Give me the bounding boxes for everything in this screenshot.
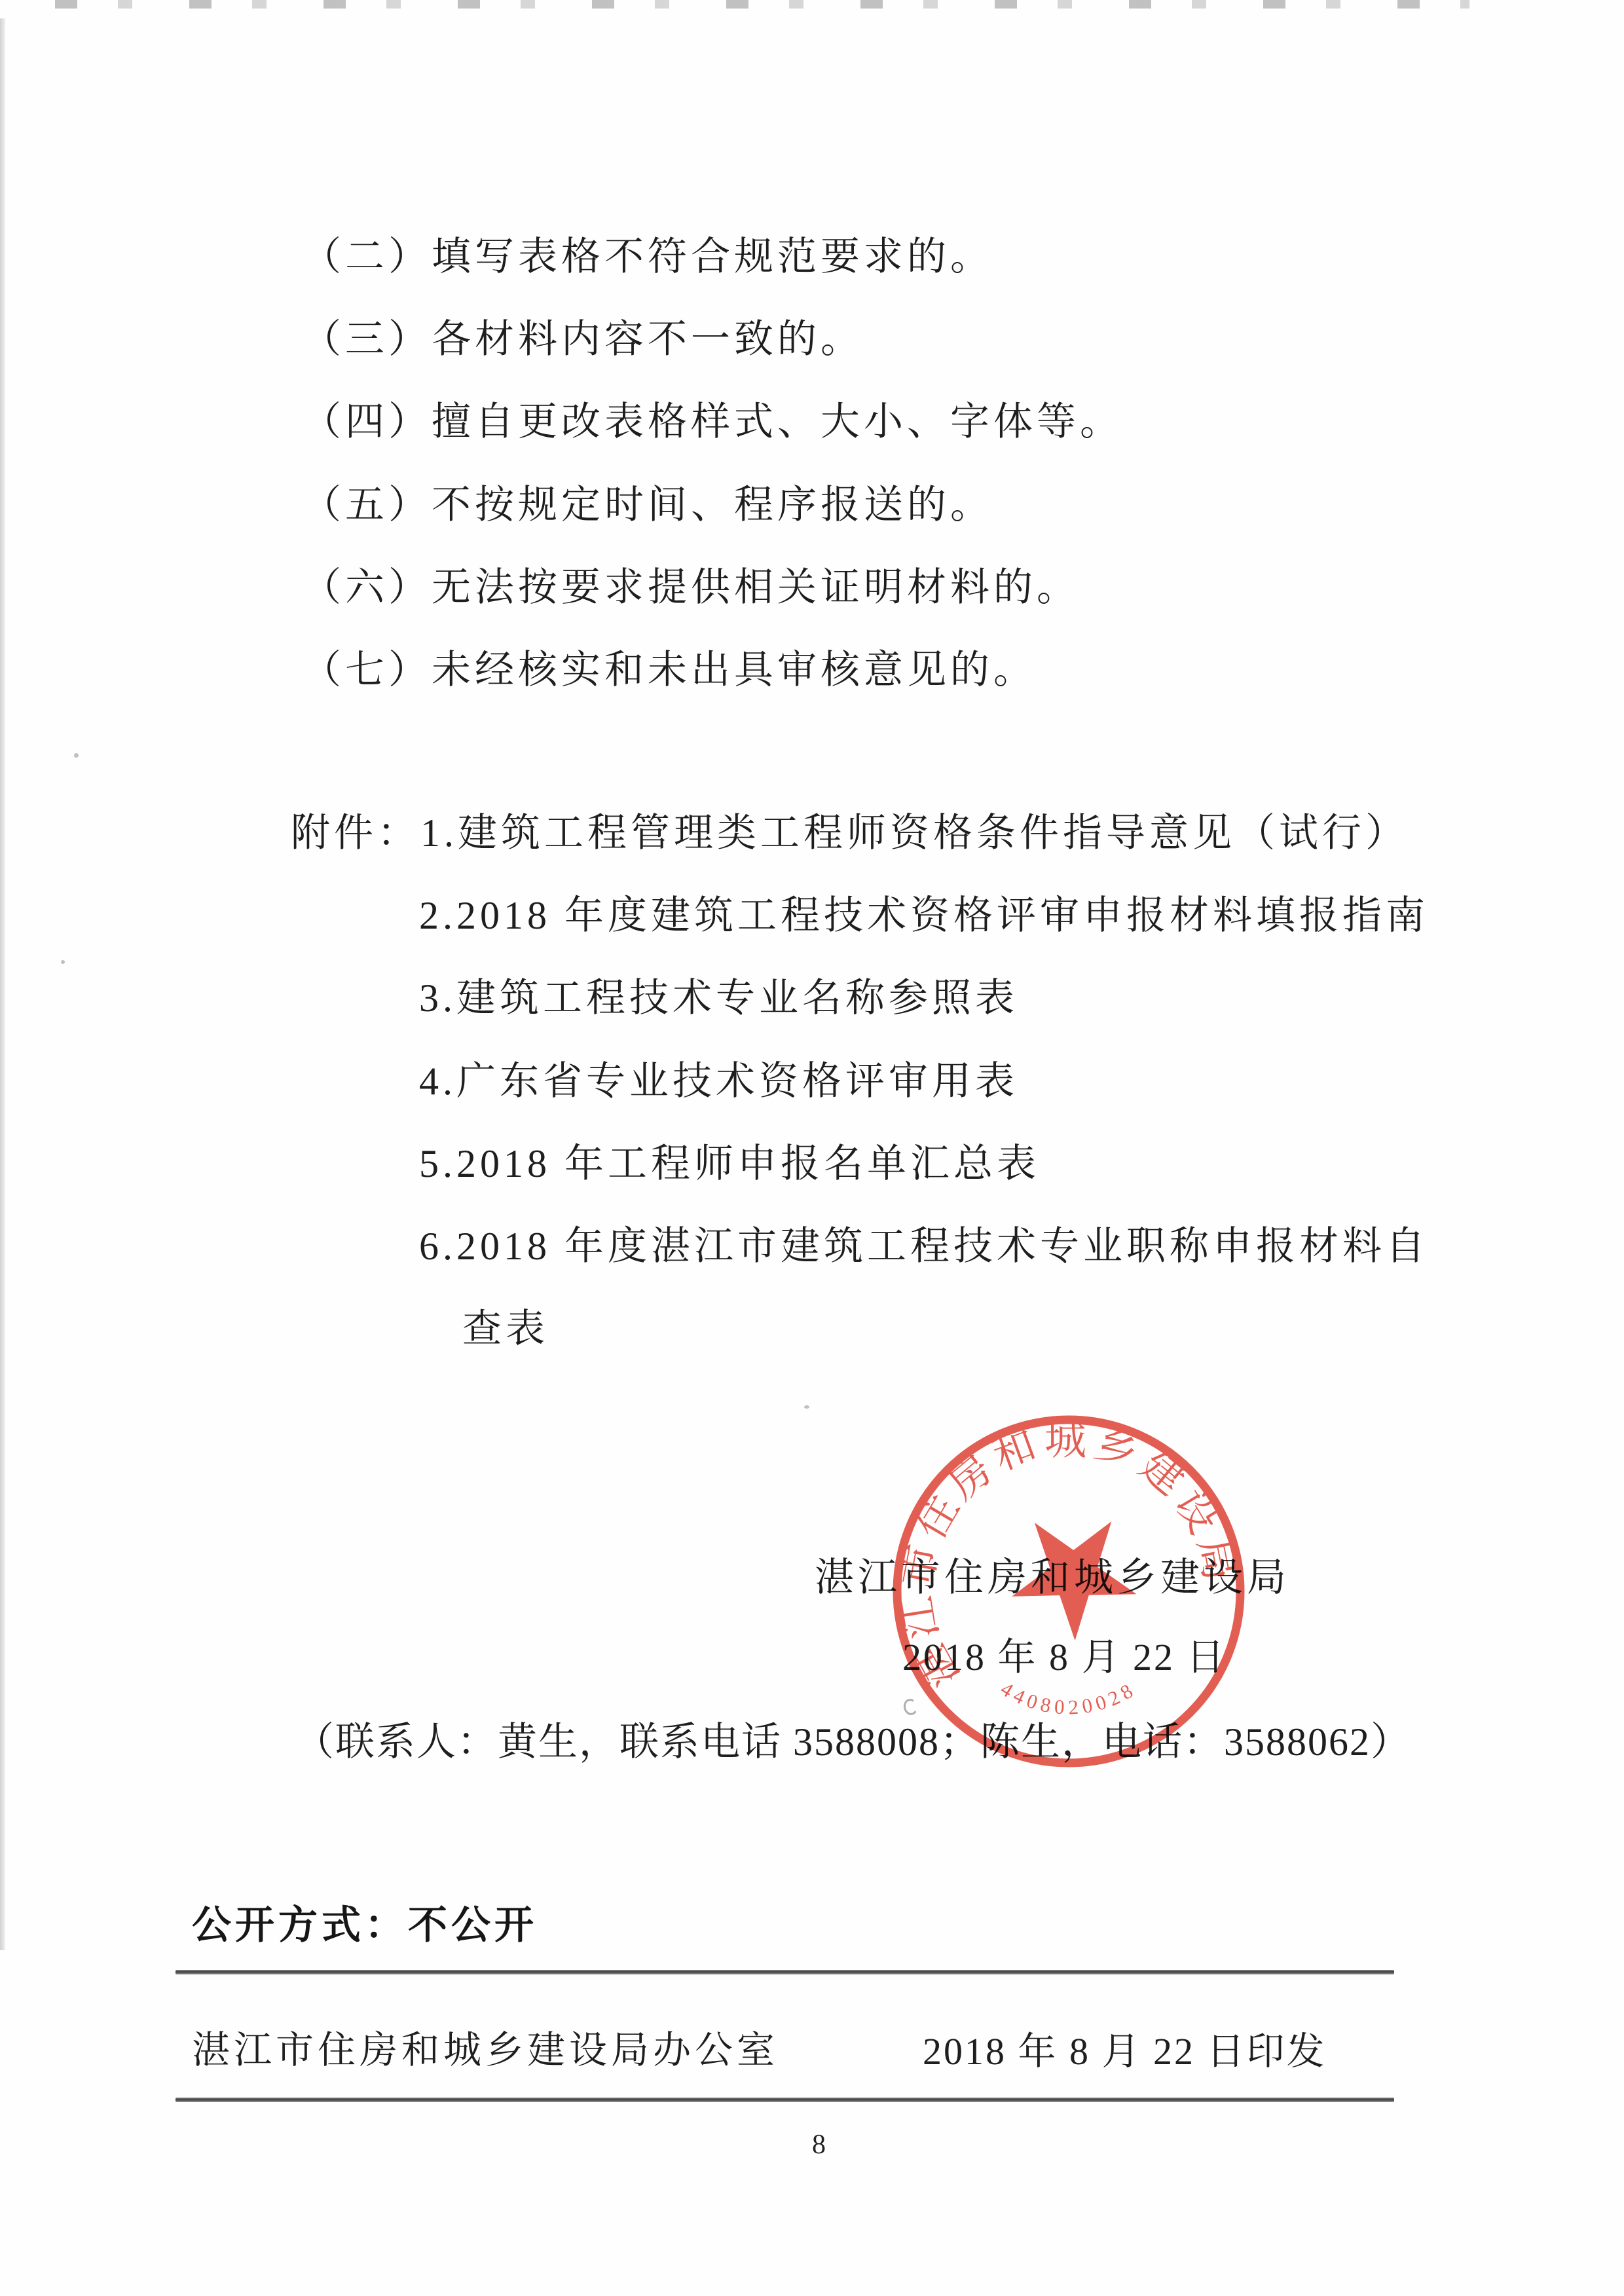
attachment-line-3: 3.建筑工程技术专业名称参照表 — [419, 978, 1018, 1018]
issuing-office: 湛江市住房和城乡建设局办公室 — [192, 2031, 779, 2069]
clause-item-2: （二）填写表格不符合规范要求的。 — [302, 237, 993, 276]
footer-divider-bottom — [175, 2098, 1394, 2102]
attachment-line-5: 5.2018 年工程师申报名单汇总表 — [419, 1144, 1040, 1183]
issuer-signature: 湛江市住房和城乡建设局 — [815, 1558, 1290, 1597]
issue-date: 2018 年 8 月 22 日 — [902, 1639, 1227, 1676]
scan-speck — [804, 1405, 809, 1409]
print-date: 2018 年 8 月 22 日印发 — [923, 2033, 1327, 2071]
page-number: 8 — [812, 2131, 826, 2158]
publicity-mode: 公开方式：不公开 — [192, 1906, 538, 1945]
attachment-line-1: 附件：1.建筑工程管理类工程师资格条件指导意见（试行） — [291, 813, 1409, 853]
clause-item-6: （六）无法按要求提供相关证明材料的。 — [302, 568, 1080, 607]
scan-speck — [74, 753, 79, 758]
clause-item-4: （四）擅自更改表格样式、大小、字体等。 — [302, 402, 1123, 441]
contact-info: （联系人：黄生，联系电话 3588008；陈生，电话：3588062） — [295, 1722, 1411, 1762]
scan-artifact-top-edge — [55, 0, 1469, 9]
attachment-line-2: 2.2018 年度建筑工程技术资格评审申报材料填报指南 — [419, 896, 1429, 935]
clause-item-3: （三）各材料内容不一致的。 — [302, 320, 864, 359]
seal-code: 4408020028 — [997, 1677, 1141, 1719]
clause-item-7: （七）未经核实和未出具审核意见的。 — [302, 650, 1037, 690]
attachment-line-4: 4.广东省专业技术资格评审用表 — [419, 1062, 1018, 1101]
attachment-line-6-continued: 查表 — [462, 1309, 549, 1348]
scanned-document-page: （二）填写表格不符合规范要求的。 （三）各材料内容不一致的。 （四）擅自更改表格… — [0, 0, 1624, 2296]
footer-divider-top — [175, 1970, 1394, 1974]
scan-speck — [61, 960, 65, 964]
svg-text:4408020028: 4408020028 — [997, 1677, 1141, 1719]
attachment-line-6: 6.2018 年度湛江市建筑工程技术专业职称申报材料自 — [419, 1227, 1429, 1266]
clause-item-5: （五）不按规定时间、程序报送的。 — [302, 485, 993, 525]
scan-artifact-left-edge — [0, 18, 5, 1950]
